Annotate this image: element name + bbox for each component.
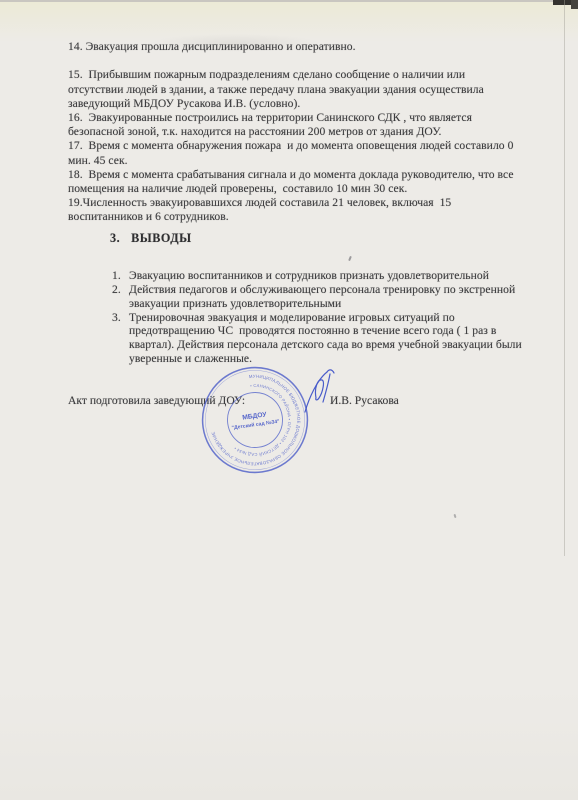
- section-title: ВЫВОДЫ: [131, 231, 191, 245]
- paragraph-15: 15. Прибывшим пожарным подразделениям сд…: [68, 68, 570, 111]
- paragraph-17: 17. Время с момента обнаружения пожара и…: [68, 139, 570, 167]
- scan-corner-artifact-2: [571, 0, 578, 9]
- ink-speck: [453, 514, 456, 518]
- list-item-number: 1.: [112, 269, 129, 283]
- scan-top-edge: [0, 0, 578, 2]
- section-heading: 3.ВЫВОДЫ: [110, 231, 570, 245]
- list-item: 2. Действия педагогов и обслуживающего п…: [112, 283, 570, 311]
- blank-line: [68, 54, 570, 68]
- section-number: 3.: [110, 231, 120, 245]
- list-item-text: Эвакуацию воспитанников и сотрудников пр…: [129, 269, 569, 283]
- paragraph-16: 16. Эвакуированные построились на террит…: [68, 111, 570, 139]
- signature: [293, 366, 345, 418]
- paragraph-18: 18. Время с момента срабатывания сигнала…: [68, 168, 570, 196]
- paragraph-14: 14. Эвакуация прошла дисциплинированно и…: [68, 40, 570, 54]
- paragraph-19: 19.Численность эвакуировавшихся людей со…: [68, 196, 570, 224]
- list-item-text: Действия педагогов и обслуживающего перс…: [129, 283, 569, 311]
- list-item-text: Тренировочная эвакуация и моделирование …: [129, 311, 569, 367]
- list-item: 1. Эвакуацию воспитанников и сотрудников…: [112, 269, 570, 283]
- conclusions-list: 1. Эвакуацию воспитанников и сотрудников…: [112, 269, 570, 366]
- list-item: 3. Тренировочная эвакуация и моделирован…: [112, 311, 570, 367]
- list-item-number: 3.: [112, 311, 129, 367]
- scanned-page: 14. Эвакуация прошла дисциплинированно и…: [0, 0, 578, 800]
- list-item-number: 2.: [112, 283, 129, 311]
- document-body: 14. Эвакуация прошла дисциплинированно и…: [68, 40, 570, 366]
